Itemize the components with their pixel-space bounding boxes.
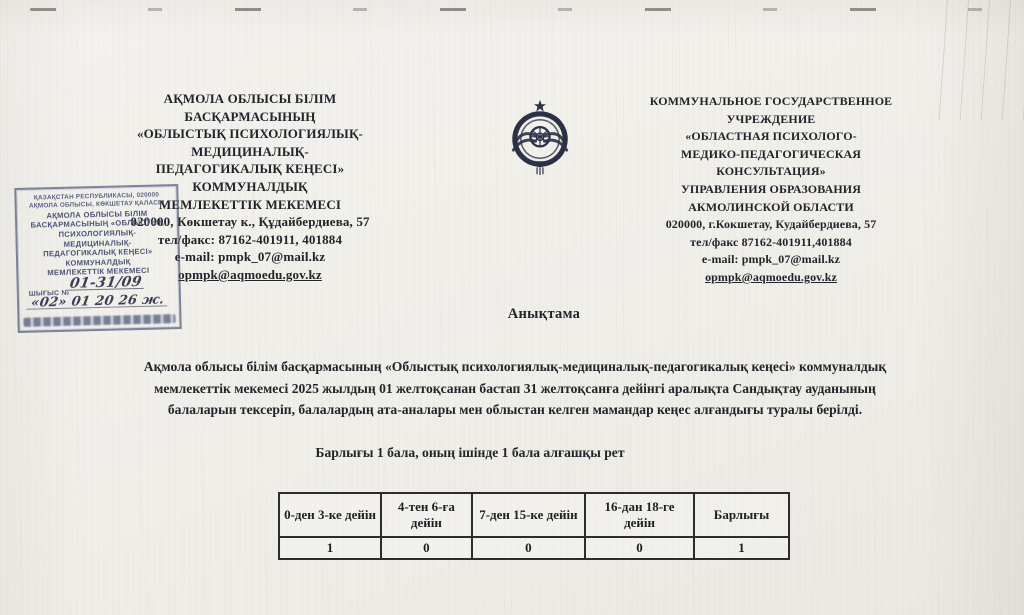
stamp-reg-number-handwritten: 01-31/09 [66,278,145,291]
value-age-0-3: 1 [279,537,381,559]
address-ru: 020000, г.Кокшетау, Кудайбердиева, 57 [612,216,930,234]
age-statistics-table-wrapper: 0-ден 3-ке дейін 4-тен 6-ға дейін 7-ден … [278,492,790,560]
table-header-row: 0-ден 3-ке дейін 4-тен 6-ға дейін 7-ден … [279,493,789,537]
kazakhstan-emblem [503,98,577,180]
value-age-7-15: 0 [472,537,585,559]
col-header-age-0-3: 0-ден 3-ке дейін [279,493,381,537]
value-total: 1 [694,537,789,559]
letterhead-russian: КОММУНАЛЬНОЕ ГОСУДАРСТВЕННОЕ УЧРЕЖДЕНИЕ … [612,93,930,287]
org-name-ru: КОММУНАЛЬНОЕ ГОСУДАРСТВЕННОЕ УЧРЕЖДЕНИЕ [612,93,930,128]
col-header-age-16-18: 16-дан 18-ге дейін [585,493,694,537]
table-value-row: 1 0 0 0 1 [279,537,789,559]
age-statistics-table: 0-ден 3-ке дейін 4-тен 6-ға дейін 7-ден … [278,492,790,560]
col-header-total: Барлығы [694,493,789,537]
scanned-certificate-page: АҚМОЛА ОБЛЫСЫ БІЛІМ БАСҚАРМАСЫНЫҢ «ОБЛЫС… [0,0,1024,615]
scan-artifacts-right-edge [938,0,1024,120]
value-age-4-6: 0 [381,537,472,559]
email-secondary-ru: opmpk@aqmoedu.gov.kz [612,269,930,287]
kazakhstan-emblem-graphic [503,98,577,180]
document-title: Анықтама [32,306,1024,323]
body-paragraph: Ақмола облысы білім басқармасының «Облыс… [122,356,908,421]
email-primary-ru: e-mail: pmpk_07@mail.kz [612,251,930,269]
col-header-age-4-6: 4-тен 6-ға дейін [381,493,472,537]
org-name-kk: АҚМОЛА ОБЛЫСЫ БІЛІМ БАСҚАРМАСЫНЫҢ [98,90,402,125]
col-header-age-7-15: 7-ден 15-ке дейін [472,493,585,537]
summary-line: Барлығы 1 бала, оның ішінде 1 бала алғаш… [0,445,982,461]
phone-ru: тел/факс 87162-401911,401884 [612,234,930,252]
scan-artifacts-top [30,8,1014,11]
value-age-16-18: 0 [585,537,694,559]
